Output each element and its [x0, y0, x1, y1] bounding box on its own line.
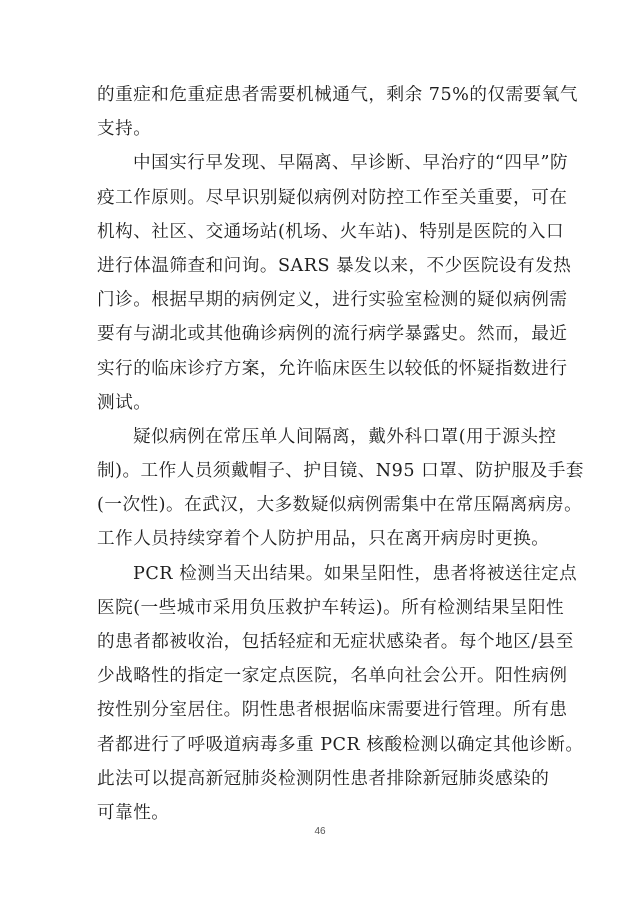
text-line: 门诊。根据早期的病例定义，进行实验室检测的疑似病例需 [97, 283, 544, 317]
text-line: 少战略性的指定一家定点医院，名单向社会公开。阳性病例 [97, 659, 544, 693]
text-line: 可靠性。 [97, 796, 544, 830]
text-line: 要有与湖北或其他确诊病例的流行病学暴露史。然而，最近 [97, 317, 544, 351]
document-body: 的重症和危重症患者需要机械通气，剩余 75%的仅需要氧气 支持。 中国实行早发现… [97, 78, 544, 830]
text-line: 中国实行早发现、早隔离、早诊断、早治疗的“四早”防 [97, 146, 544, 180]
text-line: 疑似病例在常压单人间隔离，戴外科口罩(用于源头控 [97, 420, 544, 454]
text-line: 工作人员持续穿着个人防护用品，只在离开病房时更换。 [97, 522, 544, 556]
paragraph: 的重症和危重症患者需要机械通气，剩余 75%的仅需要氧气 支持。 [97, 78, 544, 146]
paragraph: 中国实行早发现、早隔离、早诊断、早治疗的“四早”防 疫工作原则。尽早识别疑似病例… [97, 146, 544, 420]
text-line: 医院(一些城市采用负压救护车转运)。所有检测结果呈阳性 [97, 591, 544, 625]
page-number: 46 [0, 826, 640, 837]
text-line: PCR 检测当天出结果。如果呈阳性，患者将被送往定点 [97, 557, 544, 591]
text-line: 测试。 [97, 386, 544, 420]
text-line: 按性别分室居住。阴性患者根据临床需要进行管理。所有患 [97, 693, 544, 727]
text-line: 此法可以提高新冠肺炎检测阴性患者排除新冠肺炎感染的 [97, 762, 544, 796]
text-line: 制)。工作人员须戴帽子、护目镜、N95 口罩、防护服及手套 [97, 454, 544, 488]
paragraph: PCR 检测当天出结果。如果呈阳性，患者将被送往定点 医院(一些城市采用负压救护… [97, 557, 544, 831]
text-line: 进行体温筛查和问询。SARS 暴发以来，不少医院设有发热 [97, 249, 544, 283]
text-line: 机构、社区、交通场站(机场、火车站)、特别是医院的入口 [97, 215, 544, 249]
text-line: 疫工作原则。尽早识别疑似病例对防控工作至关重要，可在 [97, 181, 544, 215]
text-line: 的重症和危重症患者需要机械通气，剩余 75%的仅需要氧气 [97, 78, 544, 112]
text-line: 的患者都被收治，包括轻症和无症状感染者。每个地区/县至 [97, 625, 544, 659]
text-line: (一次性)。在武汉，大多数疑似病例需集中在常压隔离病房。 [97, 488, 544, 522]
paragraph: 疑似病例在常压单人间隔离，戴外科口罩(用于源头控 制)。工作人员须戴帽子、护目镜… [97, 420, 544, 557]
text-line: 实行的临床诊疗方案，允许临床医生以较低的怀疑指数进行 [97, 352, 544, 386]
text-line: 者都进行了呼吸道病毒多重 PCR 核酸检测以确定其他诊断。 [97, 728, 544, 762]
text-line: 支持。 [97, 112, 544, 146]
